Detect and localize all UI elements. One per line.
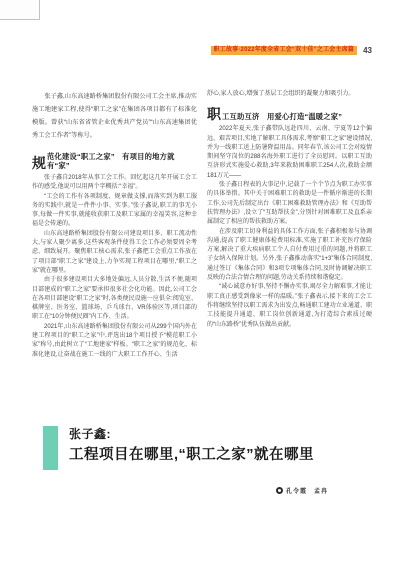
left-paragraph: 由于很多建设项目大多地处偏远,人员分散,生活不便,随项目部建成的“职工之家”要承… — [32, 276, 197, 322]
section1-heading-text: 范化建设“职工之家” 有项目的地方就有“家” — [47, 152, 197, 170]
right-paragraph: “诚心诚意办好事,坚持不懈办实事,竭尽全力解难事,才能让职工真正感受到像家一样的… — [207, 283, 372, 329]
left-paragraph: 张子鑫自2018年从事工会工作。回忆起这几年开展工会工作的感受,他说可以用两个字… — [32, 174, 197, 193]
page-header: 职工故事·2022年度全省工会“双十佳”之工会主席篇43 — [0, 42, 372, 60]
right-paragraph: 2022年夏天,张子鑫带队远赴四川、云南、宁夏等12个偏远、艰苦项目,实地了解职… — [207, 125, 372, 181]
article-title: 张子鑫: 工程项目在哪里,“职工之家”就在哪里 — [69, 426, 314, 470]
intro-bio: 张子鑫,山东高速路桥集团股份有限公司工会主席,推动实施工地建家工程,使得“职工之… — [32, 90, 197, 142]
camera-icon — [276, 487, 283, 494]
section2-heading: 职 工互助互济 用爱心打造“温暖之家” — [207, 107, 372, 121]
left-paragraph: “工会的工作有各项制度、规章做支撑,而落实到为职工服务的实践中,就是一件件小事、… — [32, 193, 197, 230]
article-title-main: 工程项目在哪里,“职工之家”就在哪里 — [69, 445, 314, 465]
right-paragraph: 张子鑫日程表的大事记中,记载了一个个节点为职工办实事的具体举措。其中关于困难职工… — [207, 181, 372, 227]
magazine-page: 职工故事·2022年度全省工会“双十佳”之工会主席篇43 张子鑫,山东高速路桥集… — [0, 0, 400, 571]
continuation-line: 舒心,家人放心,增强了基层工会组织的凝聚力和吸引力。 — [207, 90, 372, 99]
byline: 孔令霞 孟冉 — [276, 486, 328, 495]
section-tag: 职工故事·2022年度全省工会“双十佳”之工会主席篇 — [211, 46, 358, 55]
article-title-block: 张子鑫: 工程项目在哪里,“职工之家”就在哪里 — [43, 426, 314, 470]
right-paragraph: 在涉及职工切身利益的具体工作方面,张子鑫积极参与协调沟通,提高了职工健康体检费用… — [207, 228, 372, 284]
byline-names: 孔令霞 孟冉 — [286, 486, 328, 495]
page-corner-mark — [0, 0, 40, 20]
left-paragraph: 2021年,山东高速路桥集团股份有限公司从299个国内外在建工程项目的“职工之家… — [32, 323, 197, 360]
title-accent-bar — [43, 426, 58, 470]
section1-drop-char: 规 — [32, 156, 46, 170]
page-number: 43 — [363, 46, 372, 55]
section1-heading: 规 范化建设“职工之家” 有项目的地方就有“家” — [32, 152, 197, 170]
section2-heading-text: 工互助互济 用爱心打造“温暖之家” — [222, 112, 342, 121]
left-paragraph: 山东高速路桥集团股份有限公司建设项目多、职工流动性大,与家人聚少离多,这些客观条… — [32, 230, 197, 276]
right-column: 舒心,家人放心,增强了基层工会组织的凝聚力和吸引力。 职 工互助互济 用爱心打造… — [207, 90, 372, 330]
left-column: 张子鑫,山东高速路桥集团股份有限公司工会主席,推动实施工地建家工程,使得“职工之… — [32, 90, 197, 360]
section2-drop-char: 职 — [207, 107, 221, 121]
article-title-name: 张子鑫: — [69, 426, 314, 442]
